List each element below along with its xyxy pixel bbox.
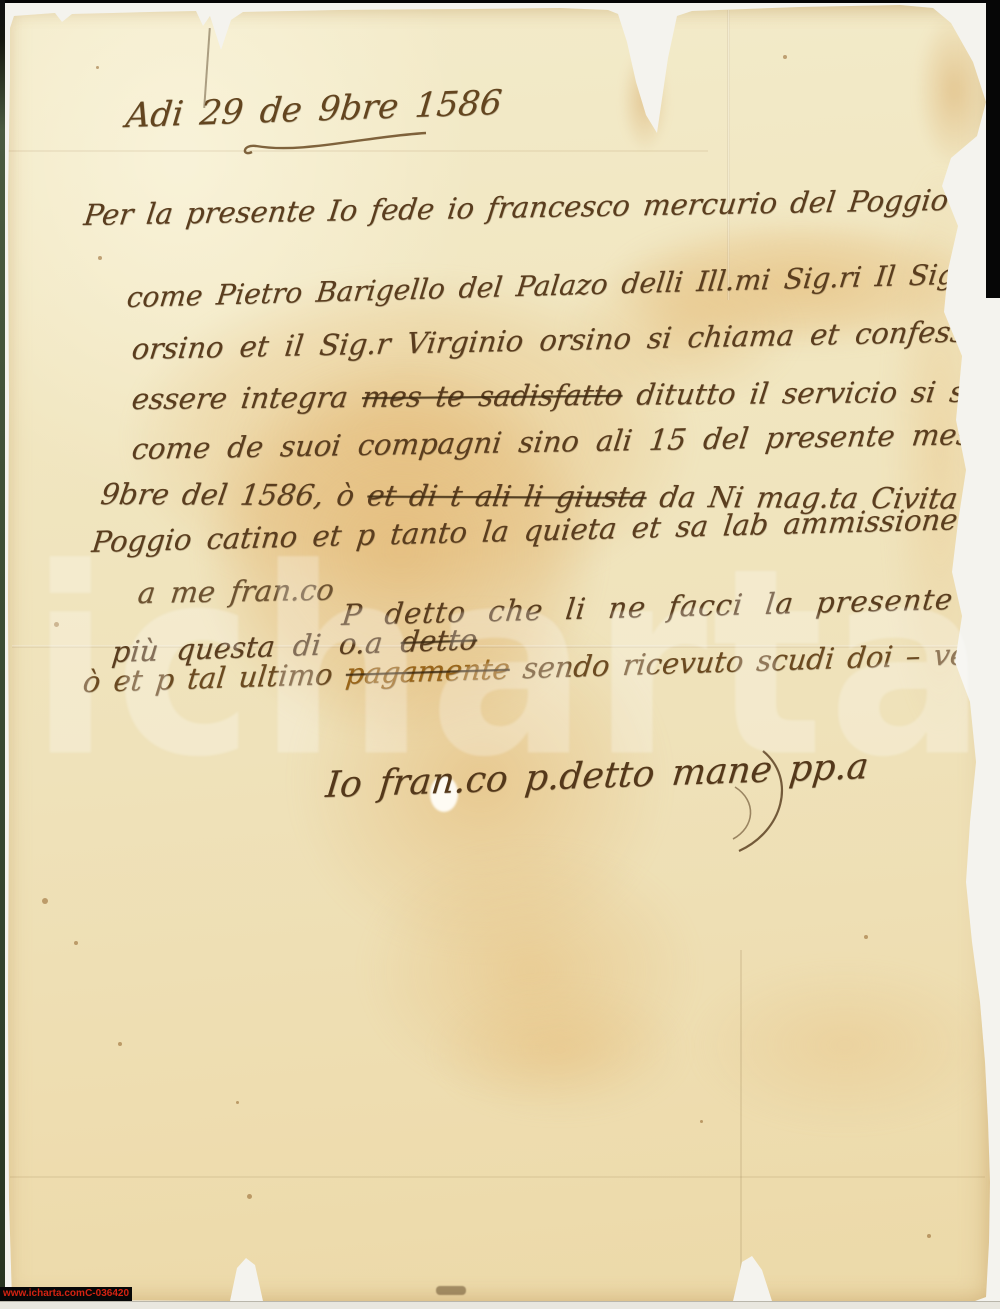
archive-label: www.icharta.com C-036420 <box>0 1287 132 1301</box>
text-segment: orsino et il Sig.r Virginio orsino si ch… <box>130 314 985 366</box>
text-segment: essere integra <box>130 380 365 416</box>
line-3: orsino et il Sig.r Virginio orsino si ch… <box>130 314 985 367</box>
line-1: Per la presente Io fede io francesco mer… <box>82 181 1000 233</box>
date-underline-flourish <box>240 128 430 158</box>
scanned-document-page: { "scan": { "watermark_text": "icharta",… <box>0 0 1000 1309</box>
struck-text-segment: et di t ali li giusta <box>365 478 649 513</box>
line-5: come de suoi compagni sino ali 15 del pr… <box>130 416 1000 467</box>
text-segment: ò et p tal ultimo <box>81 657 348 699</box>
archive-website: www.icharta.com <box>3 1287 85 1301</box>
manuscript-paper: Adi 29 de 9bre 1586Per la presente Io fe… <box>0 0 1000 1309</box>
line-4: essere integra mes te sadisfatto ditutto… <box>130 374 1000 416</box>
line-2: come Pietro Barigello del Palazo delli I… <box>125 255 1000 314</box>
archive-catalog-code: C-036420 <box>85 1287 129 1301</box>
scan-frame-left <box>0 0 5 1309</box>
text-segment: Per la presente Io fede io francesco mer… <box>82 181 1000 232</box>
struck-text-segment: pagamente <box>344 652 512 691</box>
handwriting-layer: Adi 29 de 9bre 1586Per la presente Io fe… <box>0 0 1000 1309</box>
text-segment: 9bre del 1586, ò <box>99 477 370 512</box>
text-segment: come de suoi compagni sino ali 15 del pr… <box>130 416 1000 466</box>
scan-frame-top <box>0 0 1000 3</box>
text-segment: sendo ricevuto scudi doi – ventidoi <box>508 634 1000 685</box>
line-8: a me fran.co <box>136 573 336 611</box>
signature-flourish <box>705 745 795 860</box>
struck-text-segment: mes te sadisfatto <box>360 378 625 414</box>
text-segment: a me fran.co <box>136 573 336 610</box>
text-segment: come Pietro Barigello del Palazo delli I… <box>125 255 1000 314</box>
scan-frame-right <box>986 0 1000 298</box>
scanner-bed-bottom <box>0 1301 1000 1309</box>
text-segment: ditutto il servicio si suo <box>620 374 1000 411</box>
